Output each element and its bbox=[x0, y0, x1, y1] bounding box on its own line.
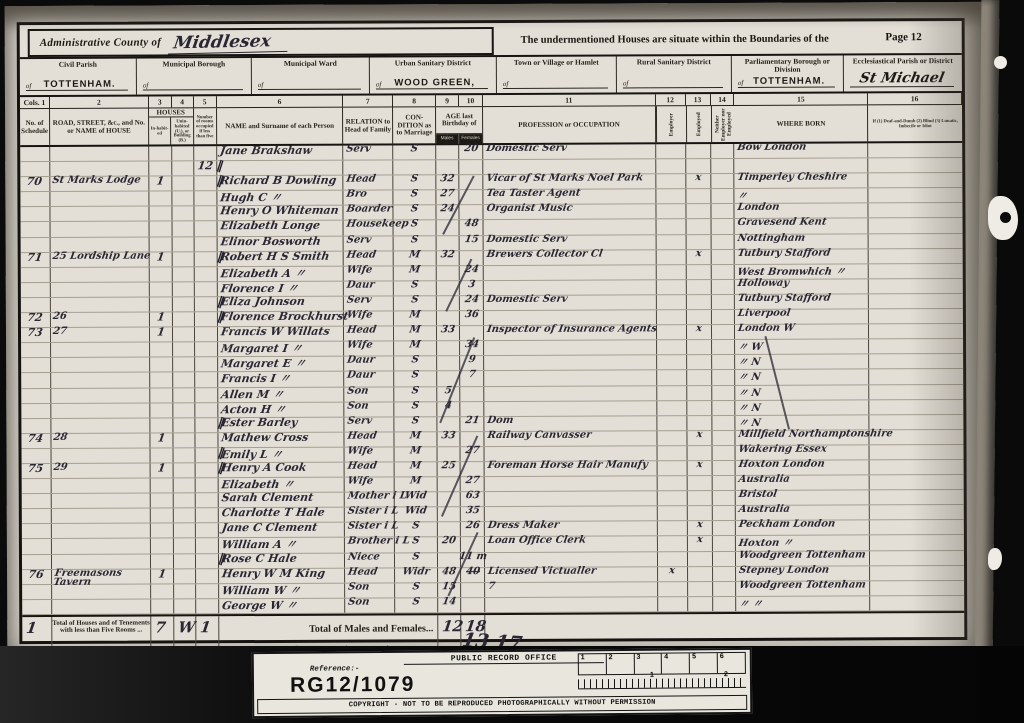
cell-infirmity bbox=[869, 173, 963, 188]
cell-rooms bbox=[195, 478, 218, 492]
cell-where-born: Tutbury Stafford bbox=[735, 294, 869, 309]
cell-neither bbox=[712, 355, 736, 369]
cell-address-value: 25 Lordship Lane bbox=[52, 251, 153, 260]
cell-where-born: Bow London bbox=[735, 143, 869, 158]
cell-relation-value: Head bbox=[347, 430, 378, 441]
header-employed: Employed bbox=[686, 106, 711, 143]
cell-condition: S bbox=[394, 387, 437, 401]
cell-rooms bbox=[194, 282, 217, 296]
cell-age-female: 3 bbox=[460, 281, 484, 295]
pro-stamp: PUBLIC RECORD OFFICE Reference:- RG12/10… bbox=[252, 648, 753, 718]
cell-name-value: Jane Brakshaw bbox=[219, 144, 313, 157]
cell-where-born-value: Bristol bbox=[738, 489, 778, 500]
cell-schedule bbox=[21, 404, 51, 418]
cell-age-male: 25 bbox=[438, 462, 461, 476]
stamp-reference: RG12/1079 bbox=[290, 673, 416, 698]
district-value: WOOD GREEN, bbox=[381, 77, 488, 88]
cell-condition-value: Widr bbox=[402, 566, 431, 577]
cell-age-female: 20 bbox=[459, 145, 483, 159]
cell-relation-value: Head bbox=[348, 566, 379, 577]
cell-employed bbox=[686, 189, 711, 203]
cell-employed bbox=[686, 204, 711, 218]
cell-where-born: Gravesend Kent bbox=[735, 219, 869, 234]
cell-employed-value: x bbox=[695, 429, 703, 440]
ruler-number: 2 bbox=[609, 654, 613, 661]
cell-rooms: ∥ bbox=[194, 252, 217, 266]
cell-employer bbox=[656, 265, 686, 279]
cell-relation: Niece bbox=[345, 553, 395, 567]
cell-where-born-value: Australia bbox=[738, 474, 791, 485]
cell-name: George W 〃 bbox=[219, 598, 346, 613]
cell-relation-value: Son bbox=[348, 581, 371, 592]
cell-neither bbox=[712, 401, 736, 415]
cell-uninhabited bbox=[174, 599, 196, 613]
cell-neither bbox=[711, 219, 735, 233]
cell-relation-value: Sister i L bbox=[347, 506, 399, 517]
cell-employed bbox=[687, 340, 712, 354]
cell-age-male-value: 33 bbox=[441, 430, 457, 441]
cell-rooms bbox=[194, 222, 217, 236]
cell-where-born-value: Hoxton 〃 bbox=[738, 534, 794, 549]
cell-age-male bbox=[436, 145, 459, 159]
cell-neither bbox=[711, 189, 735, 203]
cell-occupation-value: Brewers Collector Cl bbox=[486, 248, 604, 260]
totals-row: 1Total of Houses and of Tenements with l… bbox=[22, 611, 964, 648]
cell-employed-value: x bbox=[696, 535, 704, 546]
cell-inhabited bbox=[151, 539, 174, 553]
cell-age-female-value: 35 bbox=[465, 505, 481, 516]
cell-condition-value: M bbox=[409, 340, 422, 351]
cell-employed: x bbox=[686, 174, 711, 188]
ruler-number: 1 bbox=[581, 654, 585, 661]
cell-infirmity bbox=[870, 566, 964, 581]
cell-rooms bbox=[194, 207, 217, 221]
cell-name: Acton H 〃 bbox=[218, 402, 345, 417]
cell-relation-value: Son bbox=[347, 385, 370, 396]
cell-relation-value: Wife bbox=[347, 340, 374, 351]
header-houses-cells: In-habit-edUnin-habited (U.), or Buildin… bbox=[149, 117, 193, 145]
district-band: Civil Parish of TOTTENHAM. Municipal Bor… bbox=[20, 53, 962, 97]
cell-age-male bbox=[437, 266, 460, 280]
district-label: Municipal Ward bbox=[252, 60, 369, 69]
cell-inhabited: 1 bbox=[149, 252, 172, 266]
cell-where-born-value: Woodgreen Tottenham bbox=[739, 549, 867, 561]
cell-relation-value: Boarder bbox=[346, 204, 393, 215]
cell-where-born: Millfield Northamptonshire bbox=[736, 430, 870, 445]
cell-inhabited-value: 1 bbox=[156, 431, 166, 444]
cell-condition-value: S bbox=[410, 189, 419, 200]
cell-employer bbox=[656, 280, 686, 294]
admin-header: Administrative County of Middlesex The u… bbox=[20, 21, 962, 57]
cell-age-male-value: 32 bbox=[440, 173, 456, 184]
column-number: 6 bbox=[217, 96, 344, 108]
cell-neither bbox=[711, 295, 735, 309]
cell-inhabited-value: 1 bbox=[156, 461, 166, 474]
cell-neither bbox=[711, 159, 735, 173]
cell-address bbox=[51, 403, 150, 418]
cell-schedule-value: 75 bbox=[27, 462, 44, 475]
cell-condition: S bbox=[395, 583, 438, 597]
cell-neither bbox=[711, 174, 735, 188]
cell-age-female bbox=[461, 583, 485, 597]
cell-employer bbox=[658, 537, 688, 551]
totals-houses-label: Total of Houses and of Tenements with le… bbox=[52, 616, 151, 647]
cell-inhabited bbox=[150, 282, 173, 296]
cell-occupation-value: Dress Maker bbox=[487, 520, 560, 531]
cell-inhabited-value: 1 bbox=[156, 250, 166, 263]
cell-neither bbox=[712, 551, 736, 565]
situate-line: The undermentioned Houses are situate wi… bbox=[500, 33, 850, 46]
cell-infirmity bbox=[869, 264, 963, 279]
cell-schedule bbox=[21, 238, 51, 252]
cell-neither bbox=[712, 416, 736, 430]
admin-county-label: Administrative County of bbox=[40, 36, 162, 49]
cell-age-female-value: 24 bbox=[464, 294, 480, 305]
cell-employer bbox=[657, 431, 687, 445]
cell-where-born: Woodgreen Tottenham bbox=[736, 551, 870, 566]
cell-schedule bbox=[21, 373, 51, 387]
cell-relation-value: Son bbox=[347, 400, 370, 411]
cell-uninhabited bbox=[173, 297, 195, 311]
cell-condition-value: S bbox=[412, 521, 421, 532]
cell-address bbox=[52, 539, 151, 554]
column-number: 8 bbox=[393, 95, 436, 106]
cell-neither bbox=[712, 446, 736, 460]
cell-employer: x bbox=[658, 567, 688, 581]
cell-employer bbox=[657, 310, 687, 324]
cell-employer bbox=[656, 159, 686, 173]
cell-inhabited-value: 1 bbox=[156, 326, 166, 339]
cell-inhabited bbox=[150, 297, 173, 311]
cell-name: Allen M 〃 bbox=[218, 387, 345, 402]
cell-occupation bbox=[484, 371, 657, 386]
district-value-handwritten: St Michael bbox=[848, 70, 955, 86]
cell-schedule bbox=[22, 600, 52, 614]
cell-address: 28 bbox=[51, 433, 150, 448]
cell-uninhabited bbox=[173, 373, 195, 387]
cell-condition-value: S bbox=[411, 385, 420, 396]
cell-neither bbox=[711, 310, 735, 324]
cell-condition: M bbox=[395, 447, 438, 461]
cell-address bbox=[51, 297, 150, 312]
cell-schedule bbox=[21, 298, 51, 312]
cell-neither bbox=[712, 506, 736, 520]
ruler-sub-number: 2 bbox=[724, 671, 728, 678]
cell-age-female: 21 bbox=[460, 417, 484, 431]
cell-age-female: 26 bbox=[461, 522, 485, 536]
cell-condition-value: S bbox=[410, 234, 419, 245]
cell-employer bbox=[656, 144, 686, 158]
totals-empty bbox=[485, 613, 964, 646]
cell-occupation bbox=[484, 356, 657, 371]
cell-name: Henry W M King bbox=[219, 568, 346, 583]
cell-inhabited: 1 bbox=[149, 177, 172, 191]
cell-condition-value: M bbox=[409, 475, 422, 486]
cell-schedule bbox=[21, 419, 51, 433]
cell-employed bbox=[686, 144, 711, 158]
cell-rooms bbox=[195, 373, 218, 387]
cell-relation-value: Daur bbox=[346, 279, 375, 290]
cell-occupation bbox=[485, 597, 658, 612]
cell-condition: S bbox=[393, 145, 436, 159]
cell-inhabited bbox=[149, 192, 172, 206]
cell-inhabited bbox=[150, 388, 173, 402]
cell-age-male: 4 bbox=[437, 402, 460, 416]
district-municipal-ward: Municipal Ward of bbox=[252, 58, 370, 95]
header-age-title: AGE last Birthday of bbox=[436, 107, 482, 133]
cell-uninhabited bbox=[172, 192, 194, 206]
cell-age-female bbox=[460, 251, 484, 265]
cell-name: Elinor Bosworth bbox=[217, 236, 344, 251]
cell-uninhabited bbox=[173, 418, 195, 432]
cell-employer bbox=[657, 325, 687, 339]
header-rooms: Number of rooms occupied if less than fi… bbox=[194, 108, 217, 145]
cell-schedule bbox=[22, 554, 52, 568]
column-number: 4 bbox=[172, 96, 194, 107]
cell-condition-value: S bbox=[411, 355, 420, 366]
cell-employer bbox=[657, 491, 687, 505]
stamp-copyright: COPYRIGHT - NOT TO BE REPRODUCED PHOTOGR… bbox=[257, 695, 747, 714]
form-frame: Administrative County of Middlesex The u… bbox=[17, 18, 968, 644]
header-houses-title: HOUSES bbox=[149, 108, 193, 117]
cell-address bbox=[50, 207, 149, 222]
cell-condition: M bbox=[394, 251, 437, 265]
cell-where-born-value: 〃 N bbox=[737, 353, 762, 368]
cell-relation: Son bbox=[345, 598, 395, 612]
cell-relation: Son bbox=[345, 387, 395, 401]
cell-name-value: Sarah Clement bbox=[220, 491, 313, 504]
cell-where-born: 〃 N bbox=[736, 385, 870, 400]
cell-age-male bbox=[438, 447, 461, 461]
totals-houses-value: 7 bbox=[151, 616, 174, 647]
ruler-segment: 5 bbox=[690, 653, 718, 673]
cell-inhabited bbox=[150, 343, 173, 357]
totals-males-value: 12 bbox=[438, 615, 461, 646]
cell-neither bbox=[712, 491, 736, 505]
cell-uninhabited bbox=[172, 207, 194, 221]
cell-occupation: Inspector of Insurance Agents bbox=[484, 325, 657, 340]
cell-relation: Serv bbox=[344, 296, 394, 310]
cell-infirmity bbox=[870, 581, 964, 596]
cell-age-female-value: 21 bbox=[464, 415, 480, 426]
cell-occupation: Domestic Serv bbox=[483, 144, 656, 159]
cell-occupation bbox=[484, 280, 657, 295]
cell-inhabited bbox=[151, 599, 174, 613]
cell-age-female: 15 bbox=[460, 236, 484, 250]
cell-name-value: Florence Brockhurst bbox=[220, 310, 349, 324]
census-scan: Administrative County of Middlesex The u… bbox=[0, 0, 1024, 723]
cell-relation-value: Wife bbox=[347, 445, 374, 456]
cell-age-female: 36 bbox=[460, 311, 484, 325]
cell-condition: Widr bbox=[395, 568, 438, 582]
cell-employer bbox=[657, 355, 687, 369]
column-number: 16 bbox=[868, 93, 962, 104]
cell-employer bbox=[657, 371, 687, 385]
cell-employer-value: x bbox=[668, 565, 676, 576]
cell-age-female-value: 27 bbox=[464, 475, 480, 486]
cell-employer bbox=[657, 476, 687, 490]
district-municipal-borough: Municipal Borough of bbox=[137, 58, 252, 95]
cell-neither bbox=[712, 340, 736, 354]
cell-occupation bbox=[484, 401, 657, 416]
cell-where-born: Woodgreen Tottenham bbox=[737, 581, 871, 596]
totals-houses-label-text: Total of Houses and of Tenements with le… bbox=[52, 616, 150, 634]
cell-occupation-value: Domestic Serv bbox=[485, 143, 567, 154]
cell-relation: Son bbox=[345, 583, 395, 597]
stamp-ruler: 123456 12 bbox=[578, 652, 746, 693]
cell-uninhabited bbox=[173, 463, 195, 477]
cell-neither bbox=[713, 582, 737, 596]
cell-neither bbox=[711, 250, 735, 264]
cell-inhabited bbox=[150, 448, 173, 462]
cell-name-value: Jane C Clement bbox=[220, 521, 317, 534]
cell-address: Freemasons Tavern bbox=[52, 569, 151, 584]
cell-condition-value: S bbox=[410, 279, 419, 290]
cell-neither bbox=[711, 144, 735, 158]
cell-neither bbox=[712, 385, 736, 399]
cell-infirmity bbox=[870, 400, 964, 415]
cell-rooms bbox=[195, 358, 218, 372]
cell-address bbox=[51, 448, 150, 463]
cell-uninhabited bbox=[174, 524, 196, 538]
cell-relation-value: Son bbox=[348, 596, 371, 607]
cell-uninhabited bbox=[172, 237, 194, 251]
cell-occupation: Railway Canvasser bbox=[484, 431, 657, 446]
cell-occupation: Dom bbox=[484, 416, 657, 431]
cell-rooms bbox=[194, 267, 217, 281]
cell-schedule-value: 73 bbox=[27, 326, 44, 339]
district-urban-sanitary: Urban Sanitary District of WOOD GREEN, bbox=[370, 57, 497, 94]
cell-neither bbox=[713, 567, 737, 581]
cell-where-born-value: 〃 N bbox=[738, 383, 763, 398]
district-town-village: Town or Village or Hamlet of bbox=[497, 56, 617, 93]
cell-condition-value: M bbox=[408, 249, 421, 260]
cell-where-born-value: Hoxton London bbox=[738, 459, 826, 470]
cell-address bbox=[50, 147, 149, 162]
stamp-main: PUBLIC RECORD OFFICE Reference:- RG12/10… bbox=[254, 650, 750, 696]
cell-employer bbox=[656, 295, 686, 309]
cell-infirmity bbox=[869, 203, 963, 218]
cell-where-born-value: Bow London bbox=[737, 142, 808, 153]
totals-uninhabited-mark: W bbox=[177, 618, 196, 636]
cell-occupation-value: Licensed Victualler bbox=[487, 565, 597, 576]
cell-name: William A 〃 bbox=[218, 538, 345, 553]
cell-employer bbox=[656, 174, 686, 188]
column-number: 11 bbox=[483, 94, 656, 106]
cell-age-male-value: 27 bbox=[440, 188, 456, 199]
cell-relation-value: Housekeep bbox=[346, 219, 410, 230]
district-label: Town or Village or Hamlet bbox=[497, 58, 616, 67]
cell-occupation-value: 7 bbox=[487, 581, 496, 592]
cell-employed bbox=[687, 370, 712, 384]
header-road-street: ROAD, STREET, &c., and No. or NAME of HO… bbox=[50, 109, 149, 146]
cell-infirmity bbox=[870, 505, 964, 520]
column-number: 2 bbox=[50, 97, 149, 108]
cell-inhabited: 1 bbox=[150, 463, 173, 477]
cell-address bbox=[52, 494, 151, 509]
cell-employed bbox=[686, 265, 711, 279]
cell-employed bbox=[686, 235, 711, 249]
cell-name-value: Elizabeth 〃 bbox=[220, 476, 295, 492]
cell-infirmity bbox=[870, 445, 964, 460]
cell-employed bbox=[687, 446, 712, 460]
district-rural-sanitary: Rural Sanitary District of bbox=[617, 56, 732, 93]
cell-relation: Daur bbox=[344, 281, 394, 295]
cell-condition: S bbox=[395, 417, 438, 431]
cell-where-born: Hoxton London bbox=[736, 460, 870, 475]
census-rows: Jane BrakshawServS20Domestic ServBow Lon… bbox=[20, 143, 964, 615]
cell-relation: Serv bbox=[345, 417, 395, 431]
cell-name-value: William W 〃 bbox=[220, 582, 301, 598]
admin-county-value: Middlesex bbox=[167, 30, 289, 54]
cell-employed bbox=[687, 476, 712, 490]
ruler-segment: 2 bbox=[607, 654, 635, 674]
cell-where-born: West Bromwhich 〃 bbox=[735, 264, 869, 279]
cell-condition: S bbox=[394, 372, 437, 386]
cell-employer bbox=[656, 235, 686, 249]
cell-employed-value: x bbox=[695, 459, 703, 470]
cell-relation: Brother i L bbox=[345, 538, 395, 552]
cell-address bbox=[50, 222, 149, 237]
cell-age-male: 14 bbox=[438, 598, 461, 612]
cell-age-female-value: 3 bbox=[467, 279, 476, 290]
column-number: 7 bbox=[343, 95, 393, 106]
cell-age-male: 32 bbox=[437, 251, 460, 265]
cell-condition-value: S bbox=[411, 400, 420, 411]
cell-uninhabited bbox=[173, 433, 195, 447]
cell-rooms bbox=[196, 539, 219, 553]
cell-relation: Head bbox=[344, 251, 394, 265]
cell-schedule bbox=[21, 388, 51, 402]
cell-condition: S bbox=[395, 598, 438, 612]
cell-schedule bbox=[20, 192, 50, 206]
cell-employed bbox=[687, 491, 712, 505]
cell-employer bbox=[656, 205, 686, 219]
cell-occupation-value: Dom bbox=[487, 415, 515, 426]
cell-inhabited bbox=[150, 478, 173, 492]
cell-inhabited bbox=[149, 207, 172, 221]
cell-address-value: 29 bbox=[53, 462, 154, 471]
cell-inhabited bbox=[150, 373, 173, 387]
totals-uninhabited-value: W bbox=[174, 616, 196, 647]
cell-where-born-value: 〃 W bbox=[737, 338, 764, 353]
cell-inhabited bbox=[149, 237, 172, 251]
district-label: Civil Parish bbox=[20, 61, 136, 70]
cell-schedule bbox=[21, 283, 51, 297]
ruler-segment: 6 bbox=[718, 653, 745, 673]
cell-name: Ester Barley bbox=[218, 417, 345, 432]
cell-employer bbox=[657, 386, 687, 400]
cell-condition-value: S bbox=[411, 294, 420, 305]
cell-occupation bbox=[485, 552, 658, 567]
cell-where-born-value: Liverpool bbox=[738, 308, 792, 319]
cell-age-male: 20 bbox=[438, 538, 461, 552]
header-inhabited: In-habit-ed bbox=[149, 117, 172, 145]
totals-houses-count: 7 bbox=[154, 618, 167, 636]
cell-age-male-value: 25 bbox=[441, 460, 457, 471]
cell-address: 25 Lordship Lane bbox=[51, 252, 150, 267]
cell-age-female: 24 bbox=[460, 296, 484, 310]
cell-age-female-value: 26 bbox=[465, 520, 481, 531]
cell-age-female-value: 9 bbox=[467, 354, 476, 365]
cell-infirmity bbox=[869, 339, 963, 354]
cell-uninhabited bbox=[173, 343, 195, 357]
stamp-office: PUBLIC RECORD OFFICE bbox=[404, 653, 604, 665]
cell-occupation bbox=[484, 265, 657, 280]
cell-employed bbox=[687, 401, 712, 415]
cell-age-male-value: 33 bbox=[440, 324, 456, 335]
cell-address bbox=[52, 509, 151, 524]
